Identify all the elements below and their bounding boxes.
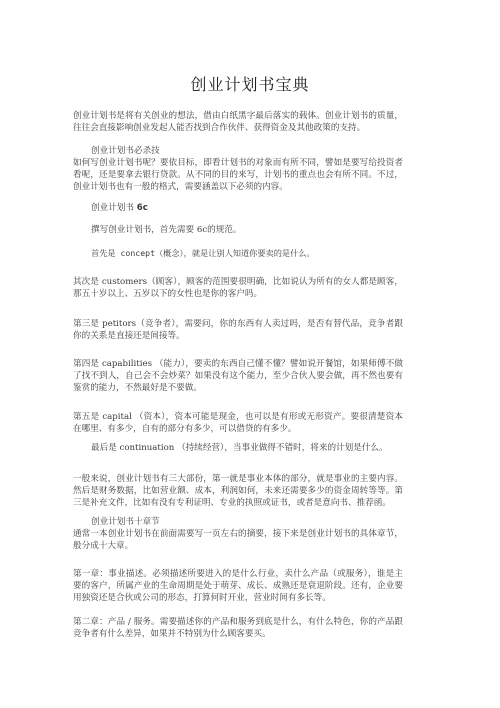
- paragraph-intro: 创业计划书是将有关创业的想法，借由白纸黑字最后落实的载体。创业计划书的质量，往往…: [73, 110, 403, 134]
- heading-6c-suffix: 6c: [137, 203, 148, 213]
- paragraph-customers: 其次是 customers（顾客），顾客的范围要很明确，比如说认为所有的女人都是…: [73, 276, 403, 300]
- heading-6c: 创业计划书 6c: [73, 202, 421, 214]
- paragraph-ten-chapters: 通常一本创业计划书在前面需要写一页左右的摘要，接下来是创业计划书的具体章节，般分…: [73, 528, 403, 552]
- heading-ten-chapters: 创业计划书十章节: [73, 516, 421, 528]
- paragraph-tips: 如何写创业计划书呢？要依目标，即看计划书的对象而有所不同，譬如是要写给投资者看呢…: [73, 157, 403, 193]
- paragraph-chapter-2: 第二章：产品 / 服务。需要描述你的产品和服务到底是什么，有什么特色，你的产品跟…: [73, 616, 403, 640]
- heading-6c-prefix: 创业计划书: [91, 203, 134, 213]
- heading-tips: 创业计划书必杀技: [73, 145, 421, 157]
- paragraph-parts: 一般来说，创业计划书有三大部份，第一就是事业本体的部分，就是事业的主要内容。然后…: [73, 473, 403, 509]
- paragraph-chapter-1: 第一章：事业描述。必须描述所要进入的是什么行业，卖什么产品（或服务），谁是主要的…: [73, 568, 403, 604]
- paragraph-concept: 首先是 concept（概念），就是让别人知道你要卖的是什么。: [73, 247, 421, 259]
- paragraph-capabilities: 第四是 capabilities （能力），要卖的东西自己懂不懂？譬如说开餐馆，…: [73, 358, 403, 394]
- document-title: 创业计划书宝典: [0, 72, 500, 95]
- paragraph-continuation: 最后是 continuation （持续经营），当事业做得不错时，将来的计划是什…: [73, 442, 421, 454]
- paragraph-capital: 第五是 capital （资本），资本可能是现金，也可以是有形或无形资产。要很清…: [73, 411, 403, 435]
- paragraph-6c-intro: 撰写创业计划书，首先需要 6c的规范。: [73, 224, 421, 236]
- paragraph-competitors: 第三是 petitors（竞争者），需要问，你的东西有人卖过吗，是否有替代品，竞…: [73, 318, 403, 342]
